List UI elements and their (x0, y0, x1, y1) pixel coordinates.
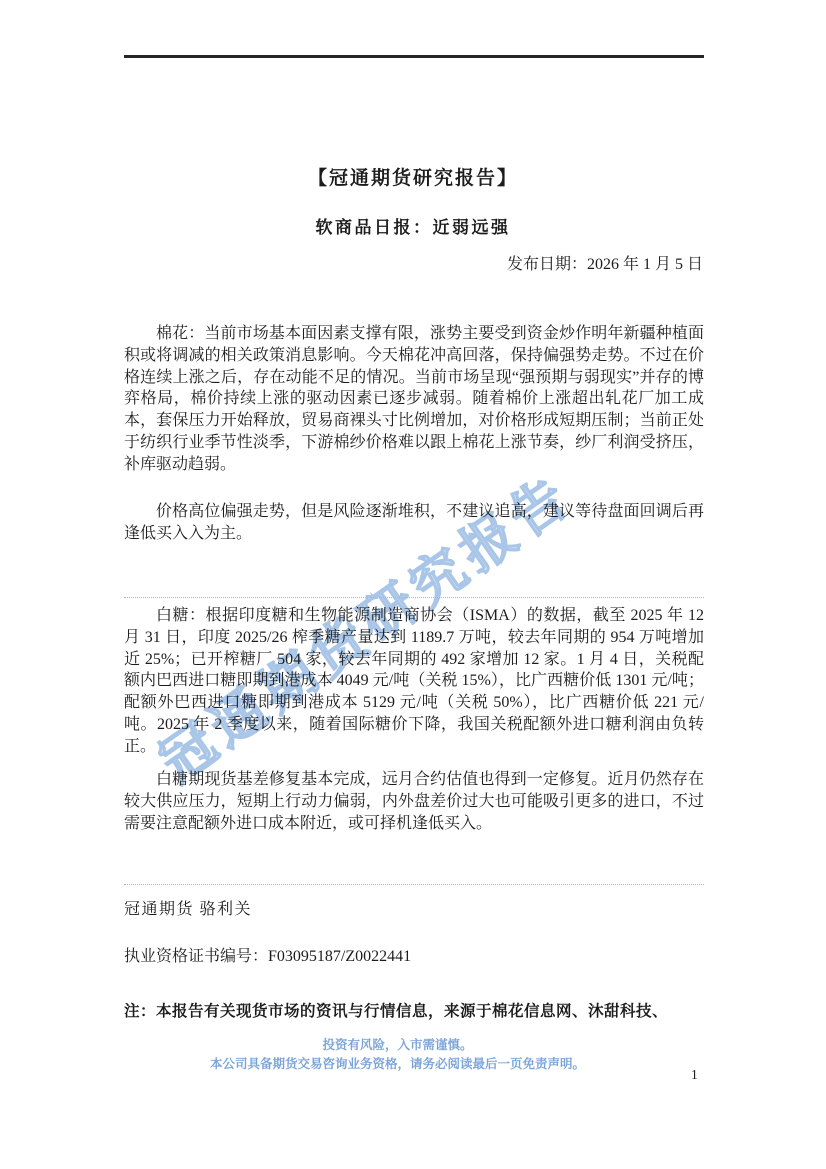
page-number: 1 (691, 1067, 698, 1083)
analyst-signature: 冠通期货 骆利关 (124, 896, 252, 919)
risk-warning-line2: 本公司具备期货交易咨询业务资格，请务必阅读最后一页免责声明。 (85, 1055, 710, 1074)
header-rule (124, 55, 704, 58)
source-note: 注：本报告有关现货市场的资讯与行情信息，来源于棉花信息网、沐甜科技、 (124, 999, 724, 1021)
sugar-advice-paragraph: 白糖期现货基差修复基本完成，远月合约估值也得到一定修复。近月仍然存在较大供应压力… (124, 769, 704, 834)
section-separator-bottom (124, 884, 704, 885)
publish-date: 发布日期：2026 年 1 月 5 日 (123, 251, 703, 274)
license-number: 执业资格证书编号：F03095187/Z0022441 (124, 943, 411, 966)
sugar-analysis-paragraph: 白糖：根据印度糖和生物能源制造商协会（ISMA）的数据，截至 2025 年 12… (124, 605, 704, 758)
report-series-title: 【冠通期货研究报告】 (123, 163, 703, 190)
risk-warning-line1: 投资有风险，入市需谨慎。 (85, 1036, 710, 1055)
report-page: 冠通期货研究报告 【冠通期货研究报告】 软商品日报：近弱远强 发布日期：2026… (0, 0, 826, 1169)
risk-warning: 投资有风险，入市需谨慎。 本公司具备期货交易咨询业务资格，请务必阅读最后一页免责… (85, 1036, 710, 1073)
cotton-outlook-paragraph: 棉花：当前市场基本面因素支撑有限，涨势主要受到资金炒作明年新疆种植面积或将调减的… (124, 323, 704, 476)
section-separator-top (124, 597, 704, 598)
report-title: 软商品日报：近弱远强 (123, 213, 703, 238)
cotton-advice-paragraph: 价格高位偏强走势，但是风险逐渐堆积，不建议追高，建议等待盘面回调后再逢低买入入为… (124, 501, 704, 545)
